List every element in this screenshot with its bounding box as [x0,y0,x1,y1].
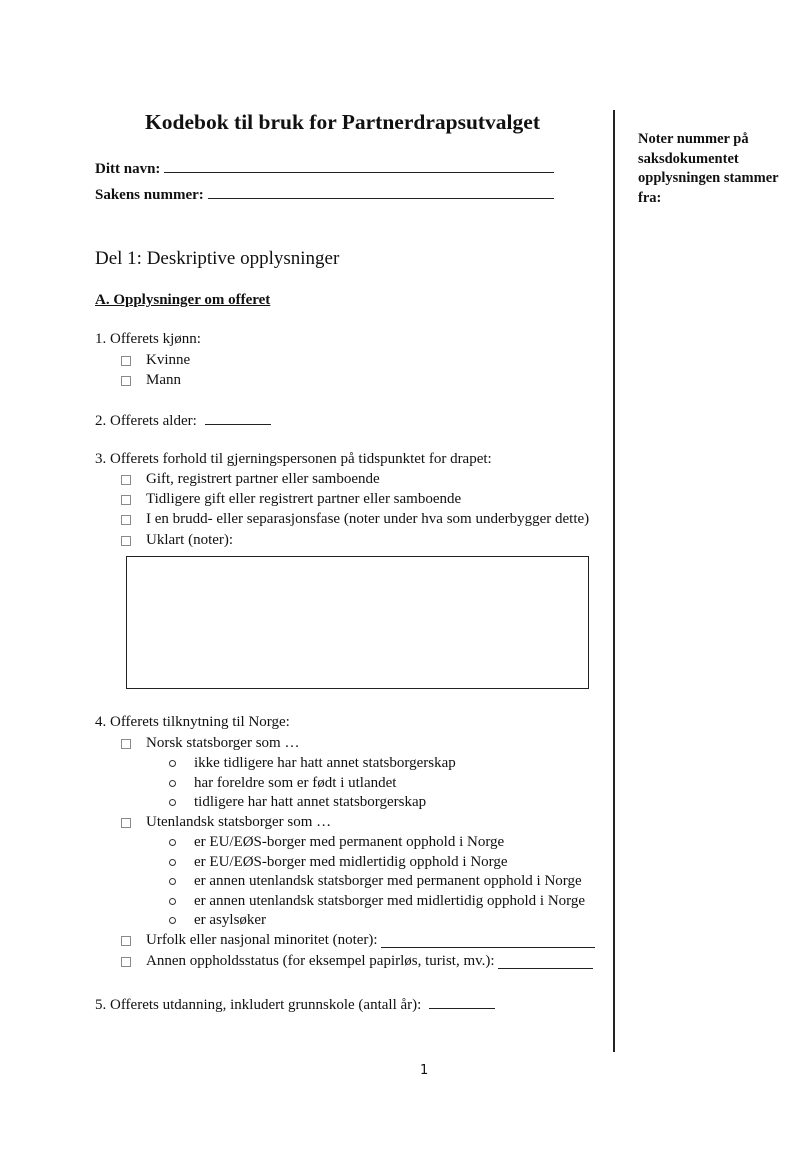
checkbox-icon[interactable] [121,495,131,505]
q1-option-kvinne[interactable]: Kvinne [120,352,190,369]
sub-option-label: ikke tidligere har hatt annet statsborge… [194,755,456,772]
column-divider [613,110,615,1052]
checkbox-icon[interactable] [121,376,131,386]
checkbox-icon[interactable] [121,957,131,967]
q4-norwegian-sub-3[interactable]: tidligere har hatt annet statsborgerskap [169,794,426,811]
question-2-row: 2. Offerets alder: [95,411,271,430]
option-label: Gift, registrert partner eller samboende [146,471,380,488]
part-heading: Del 1: Deskriptive opplysninger [95,248,339,270]
checkbox-icon[interactable] [121,475,131,485]
option-label: Uklart (noter): [146,532,233,549]
checkbox-icon[interactable] [121,818,131,828]
q3-option-separation[interactable]: I en brudd- eller separasjonsfase (noter… [120,511,589,528]
circle-bullet-icon[interactable] [169,878,176,885]
circle-bullet-icon[interactable] [169,917,176,924]
option-label: Tidligere gift eller registrert partner … [146,491,461,508]
q3-option-married[interactable]: Gift, registrert partner eller samboende [120,471,380,488]
case-number-field-row: Sakens nummer: [95,184,554,204]
section-heading: A. Opplysninger om offeret [95,292,270,309]
q4-option-other-status[interactable]: Annen oppholdsstatus (for eksempel papir… [120,953,593,970]
option-label: Mann [146,372,181,389]
name-field-row: Ditt navn: [95,158,554,178]
q4-option-indigenous[interactable]: Urfolk eller nasjonal minoritet (noter): [120,932,595,949]
q4-option-foreign[interactable]: Utenlandsk statsborger som … [120,814,331,831]
option-label: Urfolk eller nasjonal minoritet (noter): [146,932,378,949]
question-5-row: 5. Offerets utdanning, inkludert grunnsk… [95,995,495,1014]
checkbox-icon[interactable] [121,536,131,546]
circle-bullet-icon[interactable] [169,760,176,767]
option-label: I en brudd- eller separasjonsfase (noter… [146,511,589,528]
education-years-field[interactable] [429,995,495,1009]
q1-option-mann[interactable]: Mann [120,372,181,389]
q4-norwegian-sub-2[interactable]: har foreldre som er født i utlandet [169,775,396,792]
page-number: 1 [420,1063,428,1078]
sub-option-label: er EU/EØS-borger med permanent opphold i… [194,834,504,851]
name-label: Ditt navn: [95,161,160,178]
circle-bullet-icon[interactable] [169,898,176,905]
question-3-label: 3. Offerets forhold til gjerningspersone… [95,451,492,468]
question-4-label: 4. Offerets tilknytning til Norge: [95,714,290,731]
age-field[interactable] [205,411,271,425]
q4-foreign-sub-4[interactable]: er annen utenlandsk statsborger med midl… [169,893,585,910]
case-number-field[interactable] [208,184,554,199]
q4-foreign-sub-2[interactable]: er EU/EØS-borger med midlertidig opphold… [169,854,508,871]
circle-bullet-icon[interactable] [169,780,176,787]
sub-option-label: er annen utenlandsk statsborger med perm… [194,873,582,890]
question-2-label: 2. Offerets alder: [95,413,197,429]
circle-bullet-icon[interactable] [169,839,176,846]
option-label: Utenlandsk statsborger som … [146,814,331,831]
checkbox-icon[interactable] [121,936,131,946]
name-field[interactable] [164,158,554,173]
option-label: Norsk statsborger som … [146,735,299,752]
circle-bullet-icon[interactable] [169,859,176,866]
q3-notes-box[interactable] [126,556,589,689]
sub-option-label: er EU/EØS-borger med midlertidig opphold… [194,854,508,871]
indigenous-notes-field[interactable] [381,934,595,948]
q4-foreign-sub-3[interactable]: er annen utenlandsk statsborger med perm… [169,873,582,890]
side-note-heading: Noter nummer på saksdokumentet opplysnin… [638,130,788,208]
q3-option-formerly-married[interactable]: Tidligere gift eller registrert partner … [120,491,461,508]
sub-option-label: tidligere har hatt annet statsborgerskap [194,794,426,811]
q4-foreign-sub-1[interactable]: er EU/EØS-borger med permanent opphold i… [169,834,504,851]
circle-bullet-icon[interactable] [169,799,176,806]
q4-norwegian-sub-1[interactable]: ikke tidligere har hatt annet statsborge… [169,755,456,772]
case-number-label: Sakens nummer: [95,187,204,204]
question-1-label: 1. Offerets kjønn: [95,331,201,348]
other-status-field[interactable] [498,955,593,969]
checkbox-icon[interactable] [121,356,131,366]
checkbox-icon[interactable] [121,515,131,525]
question-5-label: 5. Offerets utdanning, inkludert grunnsk… [95,997,421,1013]
q3-option-unclear[interactable]: Uklart (noter): [120,532,233,549]
sub-option-label: har foreldre som er født i utlandet [194,775,396,792]
q4-option-norwegian[interactable]: Norsk statsborger som … [120,735,299,752]
checkbox-icon[interactable] [121,739,131,749]
sub-option-label: er annen utenlandsk statsborger med midl… [194,893,585,910]
q4-foreign-sub-5[interactable]: er asylsøker [169,912,266,929]
document-title: Kodebok til bruk for Partnerdrapsutvalge… [95,110,590,135]
option-label: Annen oppholdsstatus (for eksempel papir… [146,953,495,970]
option-label: Kvinne [146,352,190,369]
sub-option-label: er asylsøker [194,912,266,929]
